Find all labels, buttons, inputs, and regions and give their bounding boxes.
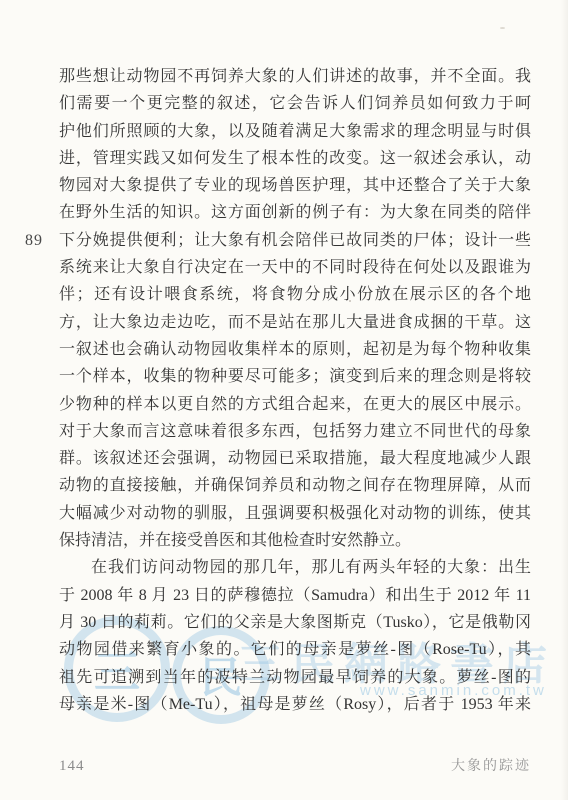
text-line: 大幅减少对动物的驯服，且强调要积极强化对动物的训练，使其	[59, 500, 531, 527]
text-line: 祖先可追溯到当年的波特兰动物园最早饲养的大象。萝丝-图的	[59, 664, 531, 691]
text-line: 进，管理实践又如何发生了根本性的改变。这一叙述会承认，动	[59, 145, 531, 172]
text-line: 们需要一个更完整的叙述，它会告诉人们饲养员如何致力于呵	[59, 90, 531, 117]
text-line: 动物园借来繁育小象的。它们的母亲是萝丝-图（Rose-Tu），其	[59, 636, 531, 663]
scan-speck	[349, 300, 351, 302]
text-line: 对于大象而言这意味着很多东西，包括努力建立不同世代的母象	[59, 418, 531, 445]
text-line: 下分娩提供便利；让大象有机会陪伴已故同类的尸体；设计一些	[59, 227, 531, 254]
text-line: 物园对大象提供了专业的现场兽医护理，其中还整合了关于大象	[59, 172, 531, 199]
text-line: 系统来让大象自行决定在一天中的不同时段待在何处以及跟谁为	[59, 254, 531, 281]
margin-page-ref: 89	[25, 227, 43, 254]
text-line: 母亲是米-图（Me-Tu），祖母是萝丝（Rosy），后者于 1953 年来	[59, 691, 531, 718]
text-line: 那些想让动物园不再饲养大象的人们讲述的故事，并不全面。我	[59, 63, 531, 90]
text-line: 月 30 日的莉莉。它们的父亲是大象图斯克（Tusko），它是俄勒冈	[59, 609, 531, 636]
text-line: 于 2008 年 8 月 23 日的萨穆德拉（Samudra）和出生于 2012…	[59, 582, 531, 609]
text-line: 一个样本，收集的物种要尽可能多；演变到后来的理念则是将较	[59, 363, 531, 390]
text-line: 方，让大象边走边吃，而不是站在那儿大量进食成捆的干草。这	[59, 309, 531, 336]
text-line: 在我们访问动物园的那几年，那儿有两头年轻的大象：出生	[59, 554, 531, 581]
footer-page-number: 144	[59, 758, 85, 775]
text-line: 保持清洁，并在接受兽医和其他检查时安然静立。	[59, 527, 531, 554]
footer-book-title: 大象的踪迹	[451, 755, 531, 775]
page-body: 那些想让动物园不再饲养大象的人们讲述的故事，并不全面。我 们需要一个更完整的叙述…	[59, 63, 531, 718]
text-line: 群。该叙述还会强调，动物园已采取措施，最大程度地减少人跟	[59, 445, 531, 472]
text-line: 一叙述也会确认动物园收集样本的原则，起初是为每个物种收集	[59, 336, 531, 363]
text-line: 护他们所照顾的大象，以及随着满足大象需求的理念明显与时俱	[59, 118, 531, 145]
text-line: 伴；还有设计喂食系统，将食物分成小份放在展示区的各个地	[59, 281, 531, 308]
text-line: 动物的直接接触，并确保饲养员和动物之间存在物理屏障，从而	[59, 472, 531, 499]
scan-speck	[431, 103, 434, 106]
book-page: 三 民 三民網路書店 www.sanmin.com.tw 89 那些想让动物园不…	[0, 0, 568, 800]
text-line: 在野外生活的知识。这方面创新的例子有：为大象在同类的陪伴	[59, 199, 531, 226]
scan-speck	[500, 27, 505, 29]
page-edge-shade	[561, 0, 568, 800]
text-line: 少物种的样本以更自然的方式组合起来，在更大的展区中展示。	[59, 391, 531, 418]
page-footer: 144 大象的踪迹	[59, 755, 531, 775]
